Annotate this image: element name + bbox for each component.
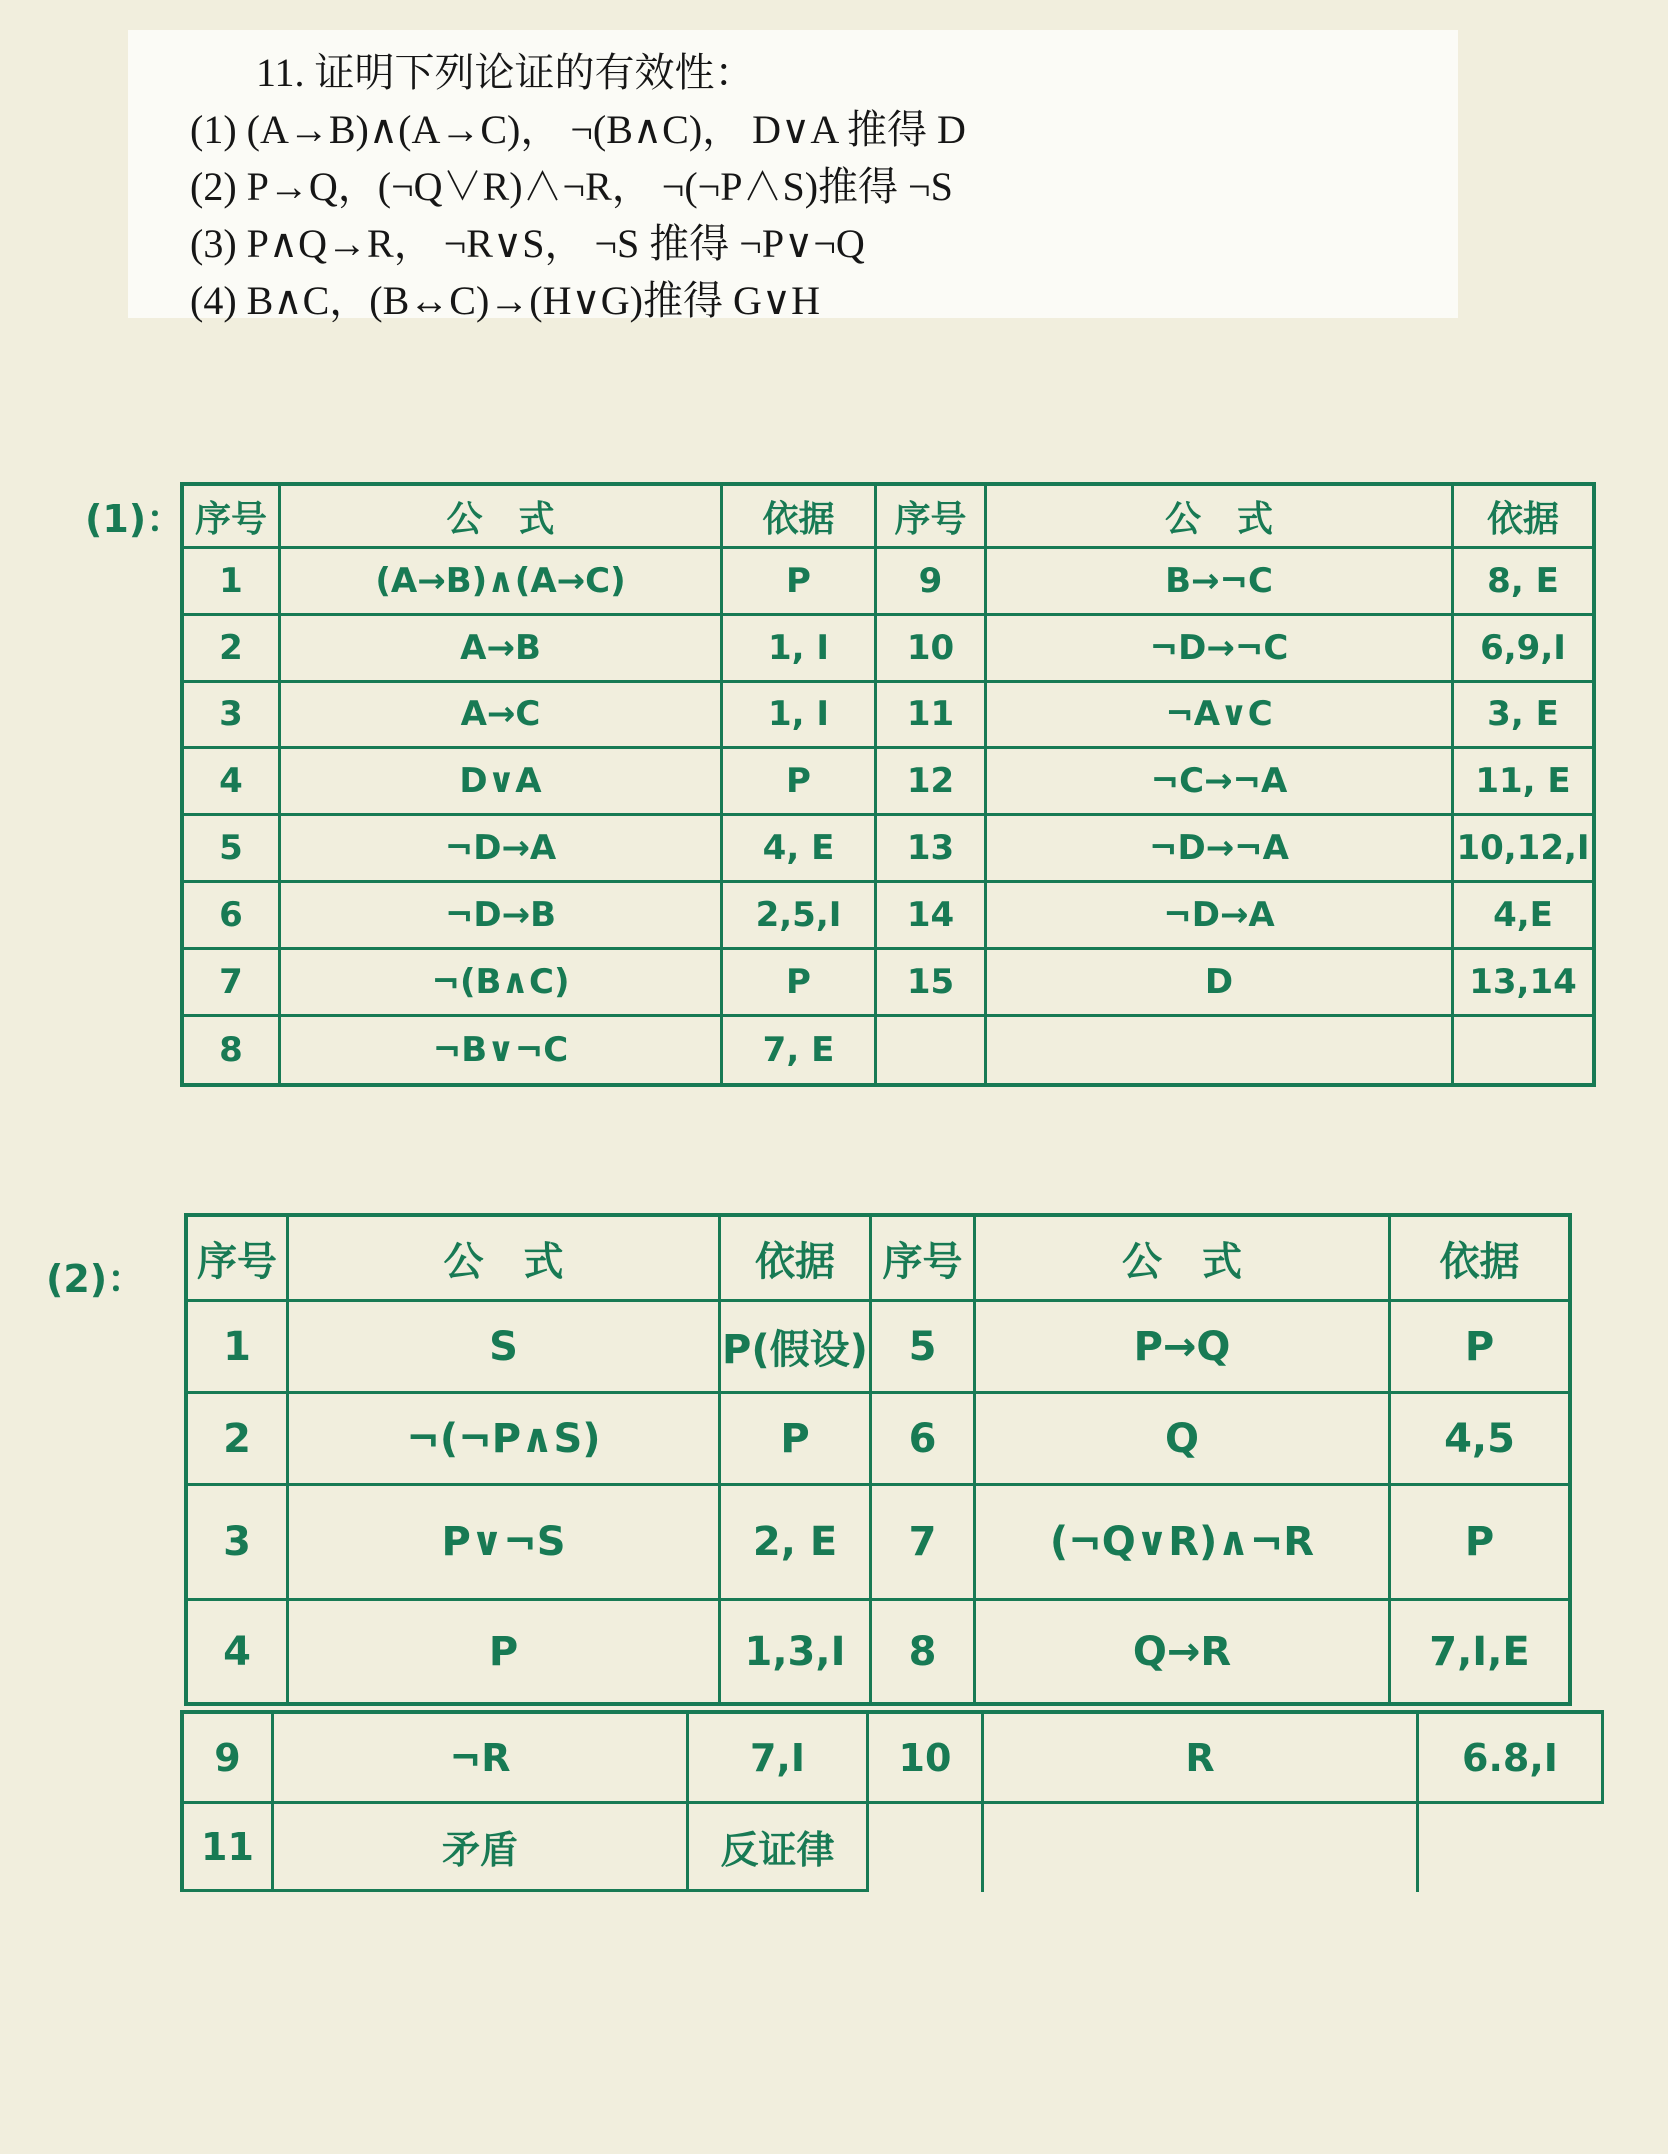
t1-r6-formula2: D: [987, 950, 1454, 1017]
t1-r0-formula: (A→B)∧(A→C): [281, 549, 723, 616]
t1-r5-seq: 6: [184, 883, 281, 950]
t1-r3-formula: D∨A: [281, 749, 723, 816]
t1-r3-basis: P: [723, 749, 877, 816]
t2-r3-formula2: Q→R: [976, 1601, 1391, 1702]
t1-r5-basis2: 4,E: [1454, 883, 1592, 950]
t2-r2-basis: 2, E: [721, 1486, 872, 1601]
t2-header-seq-left: 序号: [188, 1217, 289, 1302]
t1-r1-seq: 2: [184, 616, 281, 683]
t1-r5-formula2: ¬D→A: [987, 883, 1454, 950]
t1-r2-formula2: ¬A∨C: [987, 683, 1454, 750]
t2-r3-seq: 4: [188, 1601, 289, 1702]
t1-header-formula-right: 公 式: [987, 486, 1454, 549]
t1-r4-formula: ¬D→A: [281, 816, 723, 883]
proof-table-1: 序号 公 式 依据 序号 公 式 依据 1 (A→B)∧(A→C) P 9 B→…: [180, 482, 1596, 1087]
t1-r2-seq: 3: [184, 683, 281, 750]
part-2-label: (2)：: [46, 1248, 145, 1303]
t2-r2-seq2: 7: [872, 1486, 976, 1601]
problem-line-2: (2) P→Q，(¬Q∨R)∧¬R， ¬(¬P∧S)推得 ¬S: [190, 158, 1458, 215]
t1-r1-basis2: 6,9,I: [1454, 616, 1592, 683]
t2-r3-basis: 1,3,I: [721, 1601, 872, 1702]
t2-r2-formula2: (¬Q∨R)∧¬R: [976, 1486, 1391, 1601]
t1-r7-basis: 7, E: [723, 1017, 877, 1084]
t1-r0-formula2: B→¬C: [987, 549, 1454, 616]
t2b-r0-formula: ¬R: [274, 1714, 689, 1804]
t1-r2-formula: A→C: [281, 683, 723, 750]
problem-line-3: (3) P∧Q→R， ¬R∨S， ¬S 推得 ¬P∨¬Q: [190, 215, 1458, 272]
t1-r7-seq2: [877, 1017, 987, 1084]
t1-header-basis-left: 依据: [723, 486, 877, 549]
t1-r3-seq2: 12: [877, 749, 987, 816]
t2-header-seq-right: 序号: [872, 1217, 976, 1302]
t2b-r1-formula: 矛盾: [274, 1804, 689, 1892]
problem-title: 11. 证明下列论证的有效性：: [190, 44, 1458, 101]
t2-r3-seq2: 8: [872, 1601, 976, 1702]
t1-r6-basis: P: [723, 950, 877, 1017]
t1-r3-basis2: 11, E: [1454, 749, 1592, 816]
t1-r0-basis: P: [723, 549, 877, 616]
t1-r1-basis: 1, I: [723, 616, 877, 683]
t1-r3-formula2: ¬C→¬A: [987, 749, 1454, 816]
t1-r1-formula2: ¬D→¬C: [987, 616, 1454, 683]
t2-r1-seq2: 6: [872, 1394, 976, 1486]
printed-problem-block: 11. 证明下列论证的有效性： (1) (A→B)∧(A→C)， ¬(B∧C)，…: [128, 30, 1458, 318]
t2-r3-basis2: 7,I,E: [1391, 1601, 1568, 1702]
t2b-r1-basis2: [1419, 1804, 1604, 1892]
t1-r4-basis2: 10,12,I: [1454, 816, 1592, 883]
t2-r0-seq: 1: [188, 1302, 289, 1394]
t1-r6-seq: 7: [184, 950, 281, 1017]
t1-r5-formula: ¬D→B: [281, 883, 723, 950]
proof-table-2-bottom: 9 ¬R 7,I 10 R 6.8,I 11 矛盾 反证律: [180, 1710, 1604, 1892]
t1-header-formula-left: 公 式: [281, 486, 723, 549]
t2b-r1-seq2: [869, 1804, 984, 1892]
t2b-r0-basis: 7,I: [689, 1714, 869, 1804]
t1-r4-formula2: ¬D→¬A: [987, 816, 1454, 883]
t2b-r1-basis: 反证律: [689, 1804, 869, 1892]
t1-r1-formula: A→B: [281, 616, 723, 683]
problem-line-1: (1) (A→B)∧(A→C)， ¬(B∧C)， D∨A 推得 D: [190, 101, 1458, 158]
t2-r1-formula: ¬(¬P∧S): [289, 1394, 721, 1486]
scanned-page: { "page":{"background":"#f1eedd","ink_co…: [0, 0, 1668, 2154]
t2b-r0-formula2: R: [984, 1714, 1419, 1804]
t1-r4-seq2: 13: [877, 816, 987, 883]
problem-line-4: (4) B∧C，(B↔C)→(H∨G)推得 G∨H: [190, 272, 1458, 329]
t2-r2-seq: 3: [188, 1486, 289, 1601]
t1-r2-basis: 1, I: [723, 683, 877, 750]
part-1-label: (1)：: [85, 488, 184, 543]
t1-r2-seq2: 11: [877, 683, 987, 750]
t1-r2-basis2: 3, E: [1454, 683, 1592, 750]
t2-header-formula-right: 公 式: [976, 1217, 1391, 1302]
t1-r6-basis2: 13,14: [1454, 950, 1592, 1017]
t2-r1-basis2: 4,5: [1391, 1394, 1568, 1486]
t2-r0-formula: S: [289, 1302, 721, 1394]
t2b-r0-basis2: 6.8,I: [1419, 1714, 1604, 1804]
t1-r7-seq: 8: [184, 1017, 281, 1084]
t2b-r1-seq: 11: [184, 1804, 274, 1892]
t2b-r0-seq2: 10: [869, 1714, 984, 1804]
t2-r1-formula2: Q: [976, 1394, 1391, 1486]
t2-r0-formula2: P→Q: [976, 1302, 1391, 1394]
t1-header-seq-right: 序号: [877, 486, 987, 549]
t2-r0-basis: P(假设): [721, 1302, 872, 1394]
t1-r6-formula: ¬(B∧C): [281, 950, 723, 1017]
t2-r0-basis2: P: [1391, 1302, 1568, 1394]
t1-header-basis-right: 依据: [1454, 486, 1592, 549]
t1-r0-seq2: 9: [877, 549, 987, 616]
proof-table-2: 序号 公 式 依据 序号 公 式 依据 1 S P(假设) 5 P→Q P 2 …: [184, 1213, 1572, 1706]
t2-header-basis-left: 依据: [721, 1217, 872, 1302]
t2-r3-formula: P: [289, 1601, 721, 1702]
t1-r0-basis2: 8, E: [1454, 549, 1592, 616]
t2-r1-basis: P: [721, 1394, 872, 1486]
t2-r2-basis2: P: [1391, 1486, 1568, 1601]
t2-header-formula-left: 公 式: [289, 1217, 721, 1302]
t2b-r1-formula2: [984, 1804, 1419, 1892]
t1-r0-seq: 1: [184, 549, 281, 616]
t1-header-seq-left: 序号: [184, 486, 281, 549]
t1-r7-basis2: [1454, 1017, 1592, 1084]
t1-r5-basis: 2,5,I: [723, 883, 877, 950]
t1-r5-seq2: 14: [877, 883, 987, 950]
t2b-r0-seq: 9: [184, 1714, 274, 1804]
t1-r1-seq2: 10: [877, 616, 987, 683]
t1-r3-seq: 4: [184, 749, 281, 816]
t2-r1-seq: 2: [188, 1394, 289, 1486]
t1-r7-formula: ¬B∨¬C: [281, 1017, 723, 1084]
t2-header-basis-right: 依据: [1391, 1217, 1568, 1302]
t1-r4-basis: 4, E: [723, 816, 877, 883]
t2-r0-seq2: 5: [872, 1302, 976, 1394]
t1-r7-formula2: [987, 1017, 1454, 1084]
t1-r6-seq2: 15: [877, 950, 987, 1017]
t2-r2-formula: P∨¬S: [289, 1486, 721, 1601]
t1-r4-seq: 5: [184, 816, 281, 883]
